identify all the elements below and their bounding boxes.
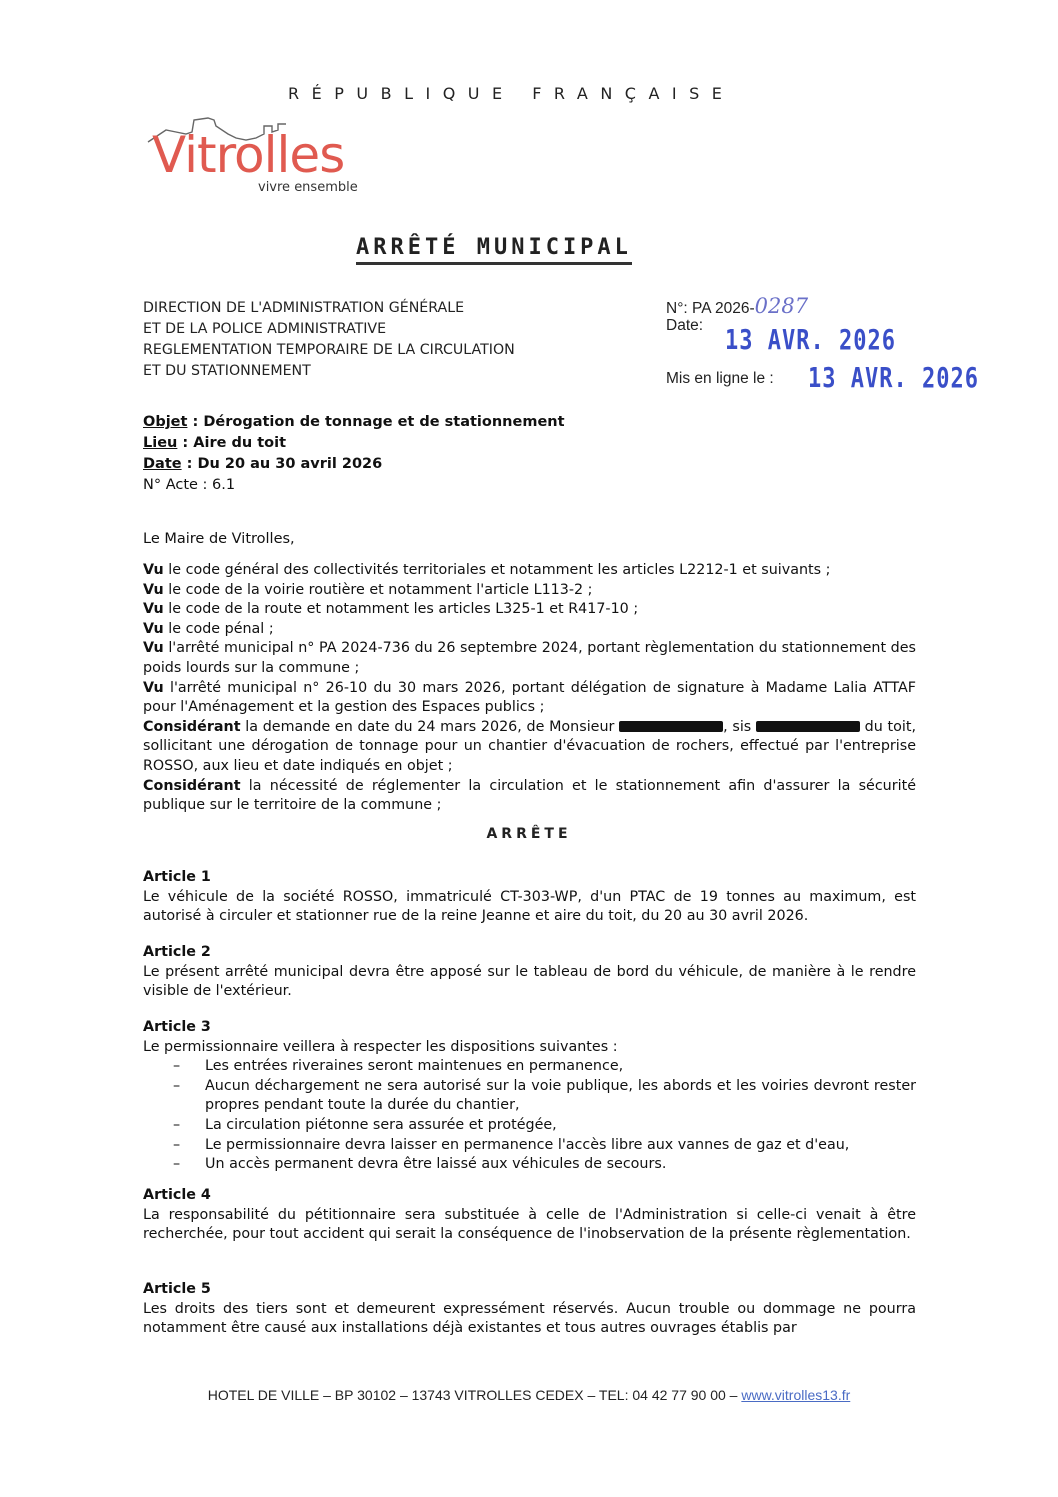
article-title: Article 3	[143, 1018, 916, 1038]
visa-lead: Vu	[143, 582, 164, 598]
article-5: Article 5 Les droits des tiers sont et d…	[143, 1280, 916, 1339]
visa-text: le code pénal ;	[164, 621, 274, 637]
considerant-item: Considérant la nécessité de réglementer …	[143, 777, 916, 816]
logo-wordmark: Vitrolles	[152, 130, 344, 180]
intro-line: Le Maire de Vitrolles,	[143, 531, 295, 547]
redacted-name	[619, 721, 723, 732]
date-line: Date : Du 20 au 30 avril 2026	[143, 454, 565, 475]
article-text: Les droits des tiers sont et demeurent e…	[143, 1300, 916, 1339]
dispositions-list: Les entrées riveraines seront maintenues…	[143, 1057, 916, 1175]
arrete-heading: ARRÊTE	[0, 826, 1058, 842]
logo-tagline: vivre ensemble	[258, 180, 358, 195]
visa-lead: Vu	[143, 640, 164, 656]
objet-line: Objet : Dérogation de tonnage et de stat…	[143, 412, 565, 433]
visa-text: l'arrêté municipal n° 26-10 du 30 mars 2…	[143, 680, 916, 716]
website-link[interactable]: www.vitrolles13.fr	[741, 1387, 850, 1403]
republique-francaise-heading: RÉPUBLIQUE FRANÇAISE	[288, 84, 734, 103]
list-item: Aucun déchargement ne sera autorisé sur …	[143, 1077, 916, 1116]
footer-address: HOTEL DE VILLE – BP 30102 – 13743 VITROL…	[208, 1387, 742, 1403]
reference-number: N°: PA 2026-0287	[666, 294, 808, 318]
article-title: Article 5	[143, 1280, 916, 1300]
redacted-address	[756, 721, 860, 732]
article-title: Article 2	[143, 943, 916, 963]
list-item: Les entrées riveraines seront maintenues…	[143, 1057, 916, 1077]
lieu-value: : Aire du toit	[177, 435, 286, 451]
page-title: ARRÊTÉ MUNICIPAL	[356, 235, 632, 265]
article-text: Le présent arrêté municipal devra être a…	[143, 963, 916, 1002]
department-line: ET DU STATIONNEMENT	[143, 361, 515, 382]
date-label: Date:	[666, 317, 703, 335]
visa-text: le code général des collectivités territ…	[164, 562, 831, 578]
visa-text: le code de la voirie routière et notamme…	[164, 582, 593, 598]
reference-label: N°: PA 2026-	[666, 300, 755, 317]
visa-item: Vu le code de la route et notamment les …	[143, 600, 916, 620]
visa-text: le code de la route et notamment les art…	[164, 601, 638, 617]
document-page: RÉPUBLIQUE FRANÇAISE Vitrolles vivre ens…	[0, 0, 1058, 1497]
considerant-item: Considérant la demande en date du 24 mar…	[143, 718, 916, 777]
visa-lead: Vu	[143, 621, 164, 637]
visa-item: Vu le code général des collectivités ter…	[143, 561, 916, 581]
article-text: Le permissionnaire veillera à respecter …	[143, 1038, 916, 1058]
visa-item: Vu le code de la voirie routière et nota…	[143, 581, 916, 601]
article-1: Article 1 Le véhicule de la société ROSS…	[143, 868, 916, 927]
visa-item: Vu l'arrêté municipal n° PA 2024-736 du …	[143, 639, 916, 678]
online-date-label: Mis en ligne le :	[666, 370, 774, 388]
date-line-label: Date	[143, 456, 182, 472]
visa-item: Vu l'arrêté municipal n° 26-10 du 30 mar…	[143, 679, 916, 718]
article-title: Article 1	[143, 868, 916, 888]
visas-block: Vu le code général des collectivités ter…	[143, 561, 916, 816]
footer: HOTEL DE VILLE – BP 30102 – 13743 VITROL…	[0, 1387, 1058, 1403]
date-line-value: : Du 20 au 30 avril 2026	[182, 456, 383, 472]
considerant-text: , sis	[723, 719, 756, 735]
handwritten-number: 0287	[755, 294, 808, 318]
article-text: Le véhicule de la société ROSSO, immatri…	[143, 888, 916, 927]
considerant-text: la nécessité de réglementer la circulati…	[143, 778, 916, 814]
article-4: Article 4 La responsabilité du pétitionn…	[143, 1186, 916, 1245]
objet-label: Objet	[143, 414, 187, 430]
lieu-line: Lieu : Aire du toit	[143, 433, 565, 454]
article-2: Article 2 Le présent arrêté municipal de…	[143, 943, 916, 1002]
acte-number: N° Acte : 6.1	[143, 475, 565, 496]
list-item: Un accès permanent devra être laissé aux…	[143, 1155, 916, 1175]
visa-lead: Vu	[143, 601, 164, 617]
article-title: Article 4	[143, 1186, 916, 1206]
department-line: DIRECTION DE L'ADMINISTRATION GÉNÉRALE	[143, 298, 515, 319]
vitrolles-logo: Vitrolles vivre ensemble	[146, 112, 396, 202]
date-stamp: 13 AVR. 2026	[725, 325, 896, 356]
subject-block: Objet : Dérogation de tonnage et de stat…	[143, 412, 565, 496]
lieu-label: Lieu	[143, 435, 177, 451]
visa-item: Vu le code pénal ;	[143, 620, 916, 640]
department-line: ET DE LA POLICE ADMINISTRATIVE	[143, 319, 515, 340]
considerant-lead: Considérant	[143, 719, 241, 735]
objet-value: : Dérogation de tonnage et de stationnem…	[187, 414, 564, 430]
visa-text: l'arrêté municipal n° PA 2024-736 du 26 …	[143, 640, 916, 676]
article-text: La responsabilité du pétitionnaire sera …	[143, 1206, 916, 1245]
article-3: Article 3 Le permissionnaire veillera à …	[143, 1018, 916, 1175]
issuing-department: DIRECTION DE L'ADMINISTRATION GÉNÉRALE E…	[143, 298, 515, 382]
visa-lead: Vu	[143, 562, 164, 578]
visa-lead: Vu	[143, 680, 164, 696]
list-item: La circulation piétonne sera assurée et …	[143, 1116, 916, 1136]
online-date-stamp: 13 AVR. 2026	[808, 363, 979, 394]
department-line: REGLEMENTATION TEMPORAIRE DE LA CIRCULAT…	[143, 340, 515, 361]
considerant-lead: Considérant	[143, 778, 241, 794]
considerant-text: la demande en date du 24 mars 2026, de M…	[241, 719, 620, 735]
list-item: Le permissionnaire devra laisser en perm…	[143, 1136, 916, 1156]
